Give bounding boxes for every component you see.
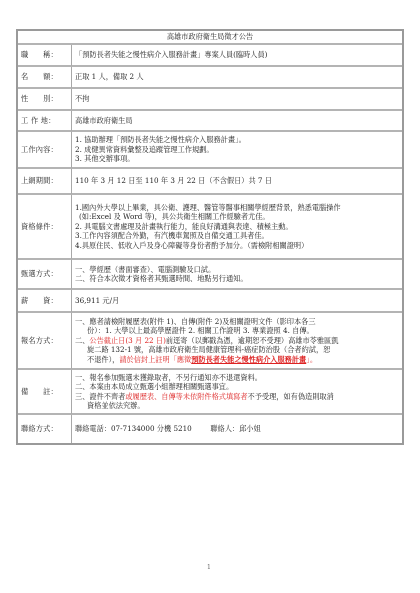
label-remarks: 備 註： — [18, 370, 72, 415]
value-location: 高雄市政府衛生局 — [72, 111, 402, 132]
application-item-prefix: 二、 — [75, 336, 89, 345]
label-selection: 甄選方式： — [18, 260, 72, 290]
deadline-highlight: 公告截止日(3 月 22 日) — [89, 336, 166, 345]
row-selection: 甄選方式： 一、學經歷（書面審查）、電腦測驗及口試。 二、符合本次徵才資格者其甄… — [18, 260, 402, 290]
remark-line: 一、報名參加甄選未獲錄取者，不另行通知亦不退還資料。 — [75, 373, 399, 382]
duty-line: 1. 協助辦理「預防長者失能之慢性病介入服務計畫」。 — [75, 135, 399, 144]
recruitment-notice-table: 高雄市政府衛生局徵才公告 職 稱： 「預防長者失能之慢性病介入服務計畫」專案人員… — [16, 29, 404, 445]
value-contact: 聯絡電話：07-7134000 分機 5210 聯絡人：邱小姐 — [72, 415, 402, 443]
application-text: 前逕寄（以郵戳為憑，逾期恕不受理）高雄市苓雅區凱 — [166, 336, 339, 345]
label-job-title: 職 稱： — [18, 45, 72, 67]
remark-line: 二、本案由本局成立甄選小組辦理相關甄選事宜。 — [75, 382, 399, 391]
value-posting-period: 110 年 3 月 12 日至 110 年 3 月 22 日（不含假日）共 7 … — [72, 169, 402, 195]
application-text: 不退件）， — [87, 355, 119, 364]
qualification-line: 3.工作內容須配合外勤，有汽機車駕照及自備交通工具者佳。 — [75, 231, 399, 240]
remark-line: 三、證件不齊者或履歷表、自傳等未依附件格式填寫者不予受理，如有偽造則取消 — [75, 392, 399, 401]
row-duties: 工作內容： 1. 協助辦理「預防長者失能之慢性病介入服務計畫」。 2. 成健異常… — [18, 132, 402, 169]
selection-line: 一、學經歷（書面審查）、電腦測驗及口試。 — [75, 265, 399, 274]
remark-highlight: 或履歷表、自傳等未依附件格式填寫者 — [125, 392, 247, 401]
label-posting-period: 上網期間： — [18, 169, 72, 195]
row-gender: 性 別： 不拘 — [18, 89, 402, 111]
application-line: 不退件），請於信封上註明「應徵預防長者失能之慢性病介入服務計畫」。 — [75, 355, 399, 364]
value-salary: 36,911 元/月 — [72, 290, 402, 313]
label-gender: 性 別： — [18, 89, 72, 111]
label-salary: 薪 資： — [18, 290, 72, 313]
row-contact: 聯絡方式： 聯絡電話：07-7134000 分機 5210 聯絡人：邱小姐 — [18, 415, 402, 443]
label-contact: 聯絡方式： — [18, 415, 72, 443]
qualification-line: 2. 具電腦文書處理及計畫執行能力，能良好溝通與表達、積極主動。 — [75, 222, 399, 231]
selection-line: 二、符合本次徵才資格者其甄選時間、地點另行通知。 — [75, 274, 399, 283]
label-duties: 工作內容： — [18, 132, 72, 169]
notice-title: 高雄市政府衛生局徵才公告 — [18, 31, 402, 45]
label-positions: 名 額： — [18, 67, 72, 89]
label-application: 報名方式： — [18, 313, 72, 370]
row-qualifications: 資格條件： 1.國內外大學以上畢業，具公衛、護理、醫管等醫事相關學經歷背景，熟悉… — [18, 195, 402, 260]
value-gender: 不拘 — [72, 89, 402, 111]
qualification-line: 1.國內外大學以上畢業，具公衛、護理、醫管等醫事相關學經歷背景，熟悉電腦操作 — [75, 203, 399, 212]
row-application: 報名方式： 一、應者請檢附履歷表(附件 1)、自傳(附件 2)及相關證明文件（影… — [18, 313, 402, 370]
contact-person: 聯絡人：邱小姐 — [210, 424, 260, 433]
application-line: 份）：1. 大學以上最高學歷證件 2. 相關工作證明 3. 專業證照 4. 自傳… — [75, 326, 399, 335]
envelope-note-end: 」。 — [306, 355, 317, 364]
value-application: 一、應者請檢附履歷表(附件 1)、自傳(附件 2)及相關證明文件（影印本各三 份… — [72, 313, 402, 370]
label-qualifications: 資格條件： — [18, 195, 72, 260]
application-line: 二、公告截止日(3 月 22 日)前逕寄（以郵戳為憑，逾期恕不受理）高雄市苓雅區… — [75, 336, 399, 345]
program-name-highlight: 預防長者失能之慢性病介入服務計畫 — [191, 355, 306, 364]
duty-line: 3. 其他交辦事項。 — [75, 154, 399, 163]
contact-phone: 聯絡電話：07-7134000 分機 5210 — [75, 424, 192, 433]
remark-line: 資格並依法究辦。 — [75, 401, 399, 410]
qualification-line: (如:Excel 及 Word 等)，具公共衛生相關工作經驗者尤佳。 — [75, 212, 399, 221]
row-remarks: 備 註： 一、報名參加甄選未獲錄取者，不另行通知亦不退還資料。 二、本案由本局成… — [18, 370, 402, 415]
row-positions: 名 額： 正取 1 人，備取 2 人 — [18, 67, 402, 89]
value-qualifications: 1.國內外大學以上畢業，具公衛、護理、醫管等醫事相關學經歷背景，熟悉電腦操作 (… — [72, 195, 402, 260]
remark-text: 不予受理，如有偽造則取消 — [248, 392, 334, 401]
value-selection: 一、學經歷（書面審查）、電腦測驗及口試。 二、符合本次徵才資格者其甄選時間、地點… — [72, 260, 402, 290]
application-line: 旋二路 132-1 號，高雄市政府衛生局健康管理科-癌症防治股（合者約試，恕 — [75, 345, 399, 354]
envelope-note-highlight: 請於信封上註明「應徵 — [119, 355, 191, 364]
value-job-title: 「預防長者失能之慢性病介入服務計畫」專案人員(臨時人員) — [72, 45, 402, 67]
value-duties: 1. 協助辦理「預防長者失能之慢性病介入服務計畫」。 2. 成健異常資料彙整及追… — [72, 132, 402, 169]
qualification-line: 4.具原住民、低收入戶及身心障礙等身份者酌予加分。（需檢附相關證明） — [75, 241, 399, 250]
application-line: 一、應者請檢附履歷表(附件 1)、自傳(附件 2)及相關證明文件（影印本各三 — [75, 317, 399, 326]
remark-text: 三、證件不齊者 — [75, 392, 125, 401]
value-remarks: 一、報名參加甄選未獲錄取者，不另行通知亦不退還資料。 二、本案由本局成立甄選小組… — [72, 370, 402, 415]
document-page: 高雄市政府衛生局徵才公告 職 稱： 「預防長者失能之慢性病介入服務計畫」專案人員… — [0, 0, 420, 593]
page-number: 1 — [207, 564, 211, 571]
value-positions: 正取 1 人，備取 2 人 — [72, 67, 402, 89]
label-location: 工 作 地： — [18, 111, 72, 132]
row-location: 工 作 地： 高雄市政府衛生局 — [18, 111, 402, 132]
duty-line: 2. 成健異常資料彙整及追蹤管理工作規劃。 — [75, 145, 399, 154]
row-salary: 薪 資： 36,911 元/月 — [18, 290, 402, 313]
row-job-title: 職 稱： 「預防長者失能之慢性病介入服務計畫」專案人員(臨時人員) — [18, 45, 402, 67]
row-posting-period: 上網期間： 110 年 3 月 12 日至 110 年 3 月 22 日（不含假… — [18, 169, 402, 195]
